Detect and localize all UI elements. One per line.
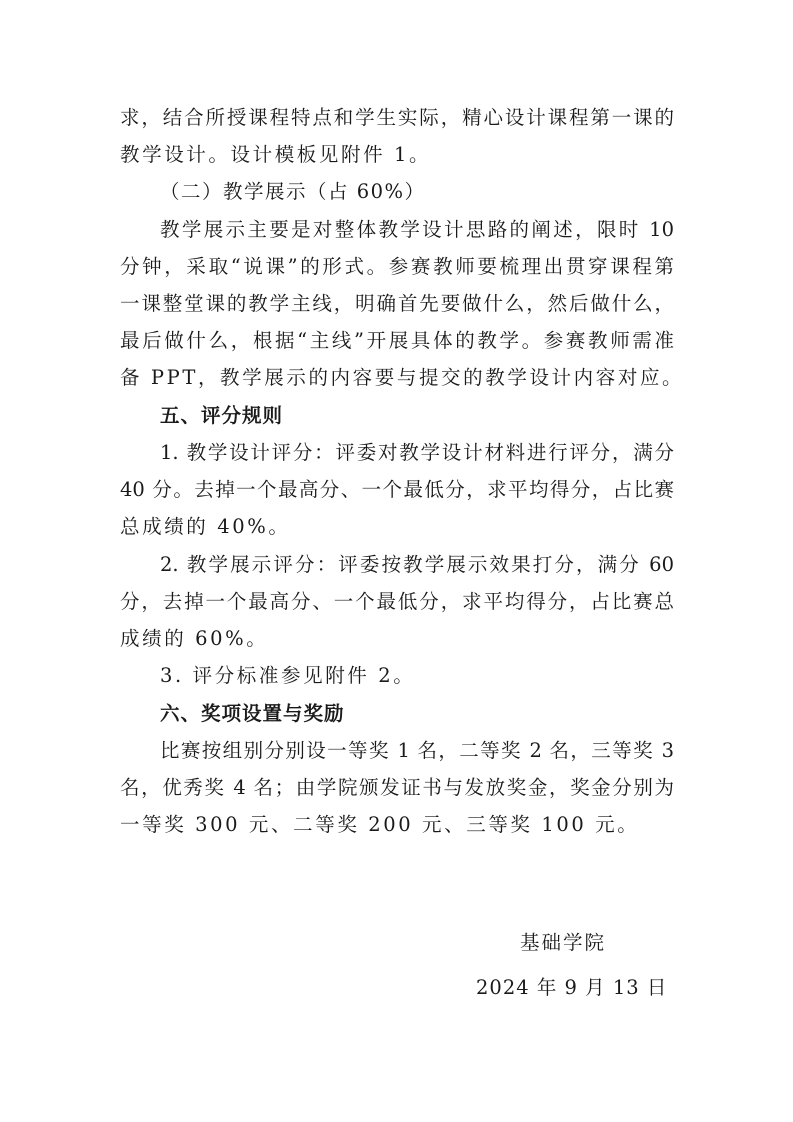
document-page: 求，结合所授课程特点和学生实际，精心设计课程第一课的教学设计。设计模板见附件 1… [0,0,793,1122]
body-text-line: 一等奖 300 元、二等奖 200 元、三等奖 100 元。 [120,812,674,838]
body-text-line: 总成绩的 40%。 [120,514,674,540]
body-text-line: 最后做什么，根据“主线”开展具体的教学。参赛教师需准 [120,328,674,354]
subsection-heading: （二）教学展示（占 60%） [160,179,674,205]
body-text-line: 分，去掉一个最高分、一个最低分，求平均得分，占比赛总 [120,589,674,615]
paragraph-first-line: 1. 教学设计评分：评委对教学设计材料进行评分，满分 [160,440,674,466]
body-text-line: 名，优秀奖 4 名；由学院颁发证书与发放奖金，奖金分别为 [120,775,674,801]
body-text-line: 分钟，采取“说课”的形式。参赛教师要梳理出贯穿课程第 [120,254,674,280]
body-text-line: 成绩的 60%。 [120,626,674,652]
paragraph-first-line: 2. 教学展示评分：评委按教学展示效果打分，满分 60 [160,552,674,578]
paragraph-first-line: 教学展示主要是对整体教学设计思路的阐述，限时 10 [160,217,674,243]
body-text-line: 一课整堂课的教学主线，明确首先要做什么，然后做什么， [120,291,674,317]
section-heading: 五、评分规则 [160,403,674,429]
section-heading: 六、奖项设置与奖励 [160,701,674,727]
body-text-line: 备 PPT，教学展示的内容要与提交的教学设计内容对应。 [120,365,674,391]
paragraph-first-line: 比赛按组别分别设一等奖 1 名，二等奖 2 名，三等奖 3 [160,738,674,764]
signature-organization: 基础学院 [520,930,606,956]
body-text-line: 40 分。去掉一个最高分、一个最低分，求平均得分，占比赛 [120,477,674,503]
signature-date: 2024 年 9 月 13 日 [476,975,667,1001]
body-text-line: 求，结合所授课程特点和学生实际，精心设计课程第一课的 [120,105,674,131]
paragraph-first-line: 3. 评分标准参见附件 2。 [160,663,674,689]
body-text-line: 教学设计。设计模板见附件 1。 [120,142,674,168]
